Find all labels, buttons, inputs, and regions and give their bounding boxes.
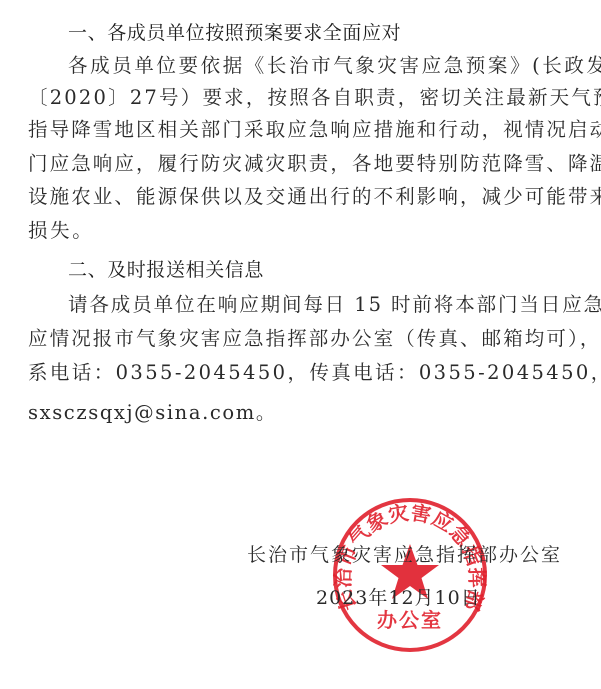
section1-line: 指导降雪地区相关部门采取应急响应措施和行动，视情况启动部 [28, 114, 601, 142]
official-seal-icon: 长治市气象灾害应急指挥部 办公室 [331, 496, 489, 654]
section2-heading: 二、及时报送相关信息 [68, 255, 264, 282]
section1-heading: 一、各成员单位按照预案要求全面应对 [68, 18, 401, 45]
section1-line: 〔2020〕27号）要求，按照各自职责，密切关注最新天气预报， [28, 82, 601, 110]
section2-line: 系电话：0355-2045450，传真电话：0355-2045450，邮箱： [28, 357, 601, 385]
signature-date: 2023年12月10日 [316, 583, 481, 610]
section1-line: 各成员单位要依据《长治市气象灾害应急预案》(长政发 [68, 50, 601, 78]
section1-line: 损失。 [28, 215, 94, 243]
section1-line: 门应急响应，履行防灾减灾职责，各地要特别防范降雪、降温对 [28, 148, 601, 176]
section2-line: sxsczsqxj@sina.com。 [28, 397, 277, 425]
section2-line: 应情况报市气象灾害应急指挥部办公室（传真、邮箱均可），联 [28, 323, 601, 351]
section2-line: 请各成员单位在响应期间每日 15 时前将本部门当日应急响 [68, 289, 601, 317]
section1-line: 设施农业、能源保供以及交通出行的不利影响，减少可能带来的 [28, 181, 601, 209]
svg-text:办公室: 办公室 [377, 608, 443, 632]
signature-org: 长治市气象灾害应急指挥部办公室 [247, 540, 562, 567]
